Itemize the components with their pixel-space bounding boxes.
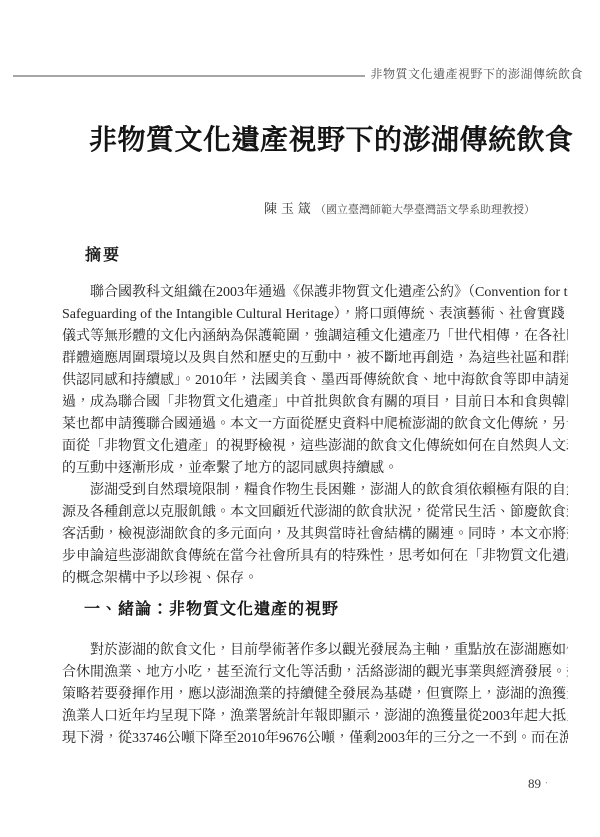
text-line: 儀式等無形體的文化內涵納為保護範圍，強調這種文化遺產乃「世代相傳，在各社區和 [62,326,568,348]
text-line: 澎湖受到自然環境限制，糧食作物生長困難，澎湖人的飲食須依賴極有限的自然資 [62,480,568,502]
section-body: 對於澎湖的飲食文化，目前學術著作多以觀光發展為主軸，重點放在澎湖應如何結合休閒漁… [62,640,568,750]
text-line: 群體適應周圍環境以及與自然和歷史的互動中，被不斷地再創造，為這些社區和群體提 [62,348,568,370]
text-line: 合休閒漁業、地方小吃，甚至流行文化等活動，活絡澎湖的觀光事業與經濟發展。這些 [62,662,568,684]
text-line: 聯合國教科文組織在2003年通過《保護非物質文化遺產公約》（Convention… [62,282,568,304]
text-line: 客活動，檢視澎湖飲食的多元面向，及其與當時社會結構的關連。同時，本文亦將進一 [62,524,568,546]
text-line: 面從「非物質文化遺產」的視野檢視，這些澎湖的飲食文化傳統如何在自然與人文環境 [62,436,568,458]
text-line: 漁業人口近年均呈現下降，漁業署統計年報即顯示，澎湖的漁獲量從2003年起大抵呈 [62,706,568,728]
header-rule [13,75,365,77]
text-line: 的概念架構中予以珍視、保存。 [62,568,568,590]
author-name: 陳玉箴 [264,201,315,216]
page-number-dot: ‧ [545,778,548,788]
page: 非物質文化遺產視野下的澎湖傳統飲食 非物質文化遺產視野下的澎湖傳統飲食 陳玉箴（… [0,0,600,837]
abstract-body: 聯合國教科文組織在2003年通過《保護非物質文化遺產公約》（Convention… [62,282,568,590]
running-title: 非物質文化遺產視野下的澎湖傳統飲食 [370,65,583,82]
page-number: 89 [528,776,541,791]
text-line: 過，成為聯合國「非物質文化遺產」中首批與飲食有關的項目，目前日本和食與韓國泡 [62,392,568,414]
article-title: 非物質文化遺產視野下的澎湖傳統飲食 [89,118,574,158]
section-heading: 一、緒論：非物質文化遺產的視野 [84,596,339,619]
text-line: 源及各種創意以克服飢餓。本文回顧近代澎湖的飲食狀況，從常民生活、節慶飲食到宴 [62,502,568,524]
text-line: 現下滑，從33746公噸下降至2010年9676公噸，僅剩2003年的三分之一不… [62,728,568,750]
text-line: 菜也都申請獲聯合國通過。本文一方面從歷史資料中爬梳澎湖的飲食文化傳統，另一方 [62,414,568,436]
text-line: 供認同感和持續感」。2010年，法國美食、墨西哥傳統飲食、地中海飲食等即申請通 [62,370,568,392]
text-line: Safeguarding of the Intangible Cultural … [62,304,568,326]
page-footer: 89‧ [528,776,548,792]
author-line: 陳玉箴（國立臺灣師範大學臺灣語文學系助理教授） [264,198,535,218]
text-line: 策略若要發揮作用，應以澎湖漁業的持續健全發展為基礎，但實際上，澎湖的漁獲量與 [62,684,568,706]
text-line: 步申論這些澎湖飲食傳統在當今社會所具有的特殊性，思考如何在「非物質文化遺產」 [62,546,568,568]
text-line: 的互動中逐漸形成，並牽繫了地方的認同感與持續感。 [62,458,568,480]
text-line: 對於澎湖的飲食文化，目前學術著作多以觀光發展為主軸，重點放在澎湖應如何結 [62,640,568,662]
abstract-heading: 摘要 [85,242,121,265]
author-affiliation: （國立臺灣師範大學臺灣語文學系助理教授） [315,204,535,216]
